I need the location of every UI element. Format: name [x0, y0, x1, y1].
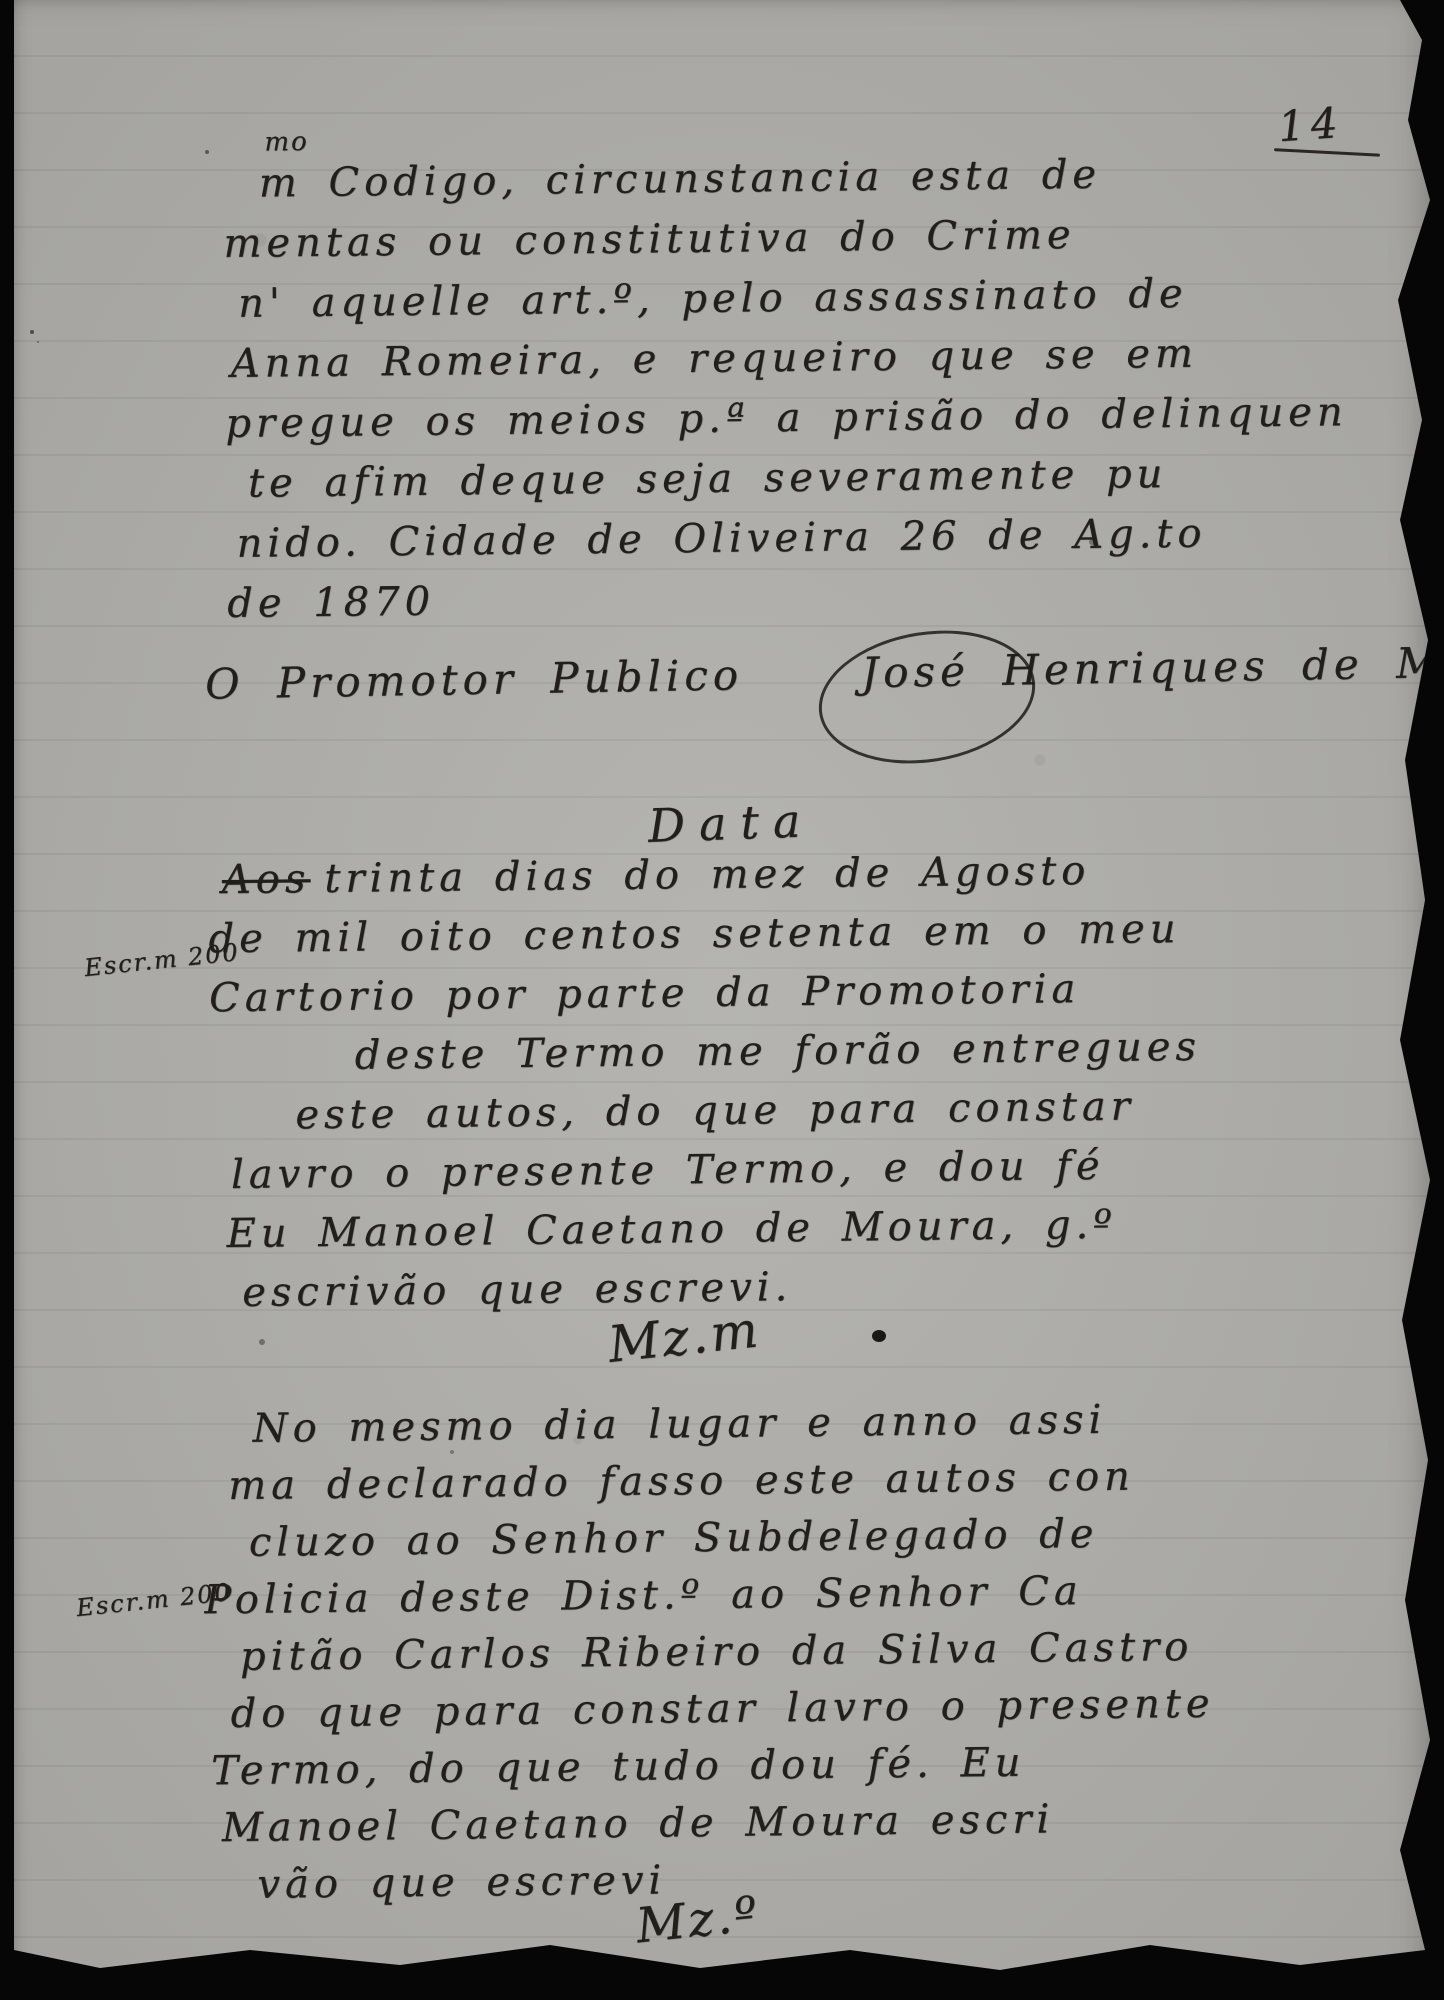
struck-word: Aos — [222, 856, 311, 903]
manuscript-line: nido. Cidade de Oliveira 26 de Ag.to — [226, 502, 1349, 574]
signature-role: O Promotor Publico — [205, 650, 744, 708]
manuscript-page: 14 mo m Codigo, circunstancia esta de me… — [0, 0, 1444, 2000]
manuscript-line: ma declarado fasso este autos con — [198, 1448, 1212, 1516]
manuscript-line-text: trinta dias do mez de Agosto — [324, 848, 1090, 902]
manuscript-line: pitão Carlos Ribeiro da Silva Castro — [200, 1619, 1214, 1687]
manuscript-line: Policia deste Dist.º ao Senhor Ca — [199, 1562, 1213, 1630]
data-section-paragraph: Aostrinta dias do mez de Agosto de mil o… — [208, 841, 1204, 1323]
manuscript-line: pregue os meios p.ª a prisão do delinque… — [225, 382, 1348, 454]
manuscript-line: Aostrinta dias do mez de Agosto — [208, 841, 1200, 910]
manuscript-line: Manoel Caetano de Moura escri — [202, 1790, 1216, 1858]
section-heading-data: Data — [647, 793, 815, 853]
scan-background: 14 mo m Codigo, circunstancia esta de me… — [0, 0, 1444, 2000]
manuscript-line: Termo, do que tudo dou fé. Eu — [201, 1733, 1215, 1801]
clerk-rubric-2: Mz.º — [633, 1886, 762, 1955]
manuscript-line: lavro o presente Termo, e dou fé — [211, 1136, 1203, 1205]
opening-paragraph: mo m Codigo, circunstancia esta de menta… — [223, 142, 1350, 634]
conclusion-paragraph: No mesmo dia lugar e anno assi ma declar… — [197, 1391, 1216, 1915]
manuscript-line: Eu Manoel Caetano de Moura, g.º — [211, 1195, 1203, 1264]
manuscript-line: cluzo ao Senhor Subdelegado de — [199, 1505, 1213, 1573]
manuscript-line: de mil oito centos setenta em o meu — [208, 900, 1200, 969]
manuscript-line: este autos, do que para constar — [210, 1077, 1202, 1146]
manuscript-line: de 1870 — [227, 562, 1350, 634]
manuscript-line: No mesmo dia lugar e anno assi — [197, 1391, 1211, 1459]
manuscript-line: Cartorio por parte da Promotoria — [209, 959, 1201, 1028]
signature-flourish — [809, 616, 1045, 779]
paper-speck — [30, 330, 34, 334]
ink-dot — [872, 1330, 886, 1342]
manuscript-line: deste Termo me forão entregues — [209, 1018, 1201, 1087]
manuscript-line: do que para constar lavro o presente — [200, 1676, 1214, 1744]
superscript-mo: mo — [264, 127, 309, 157]
